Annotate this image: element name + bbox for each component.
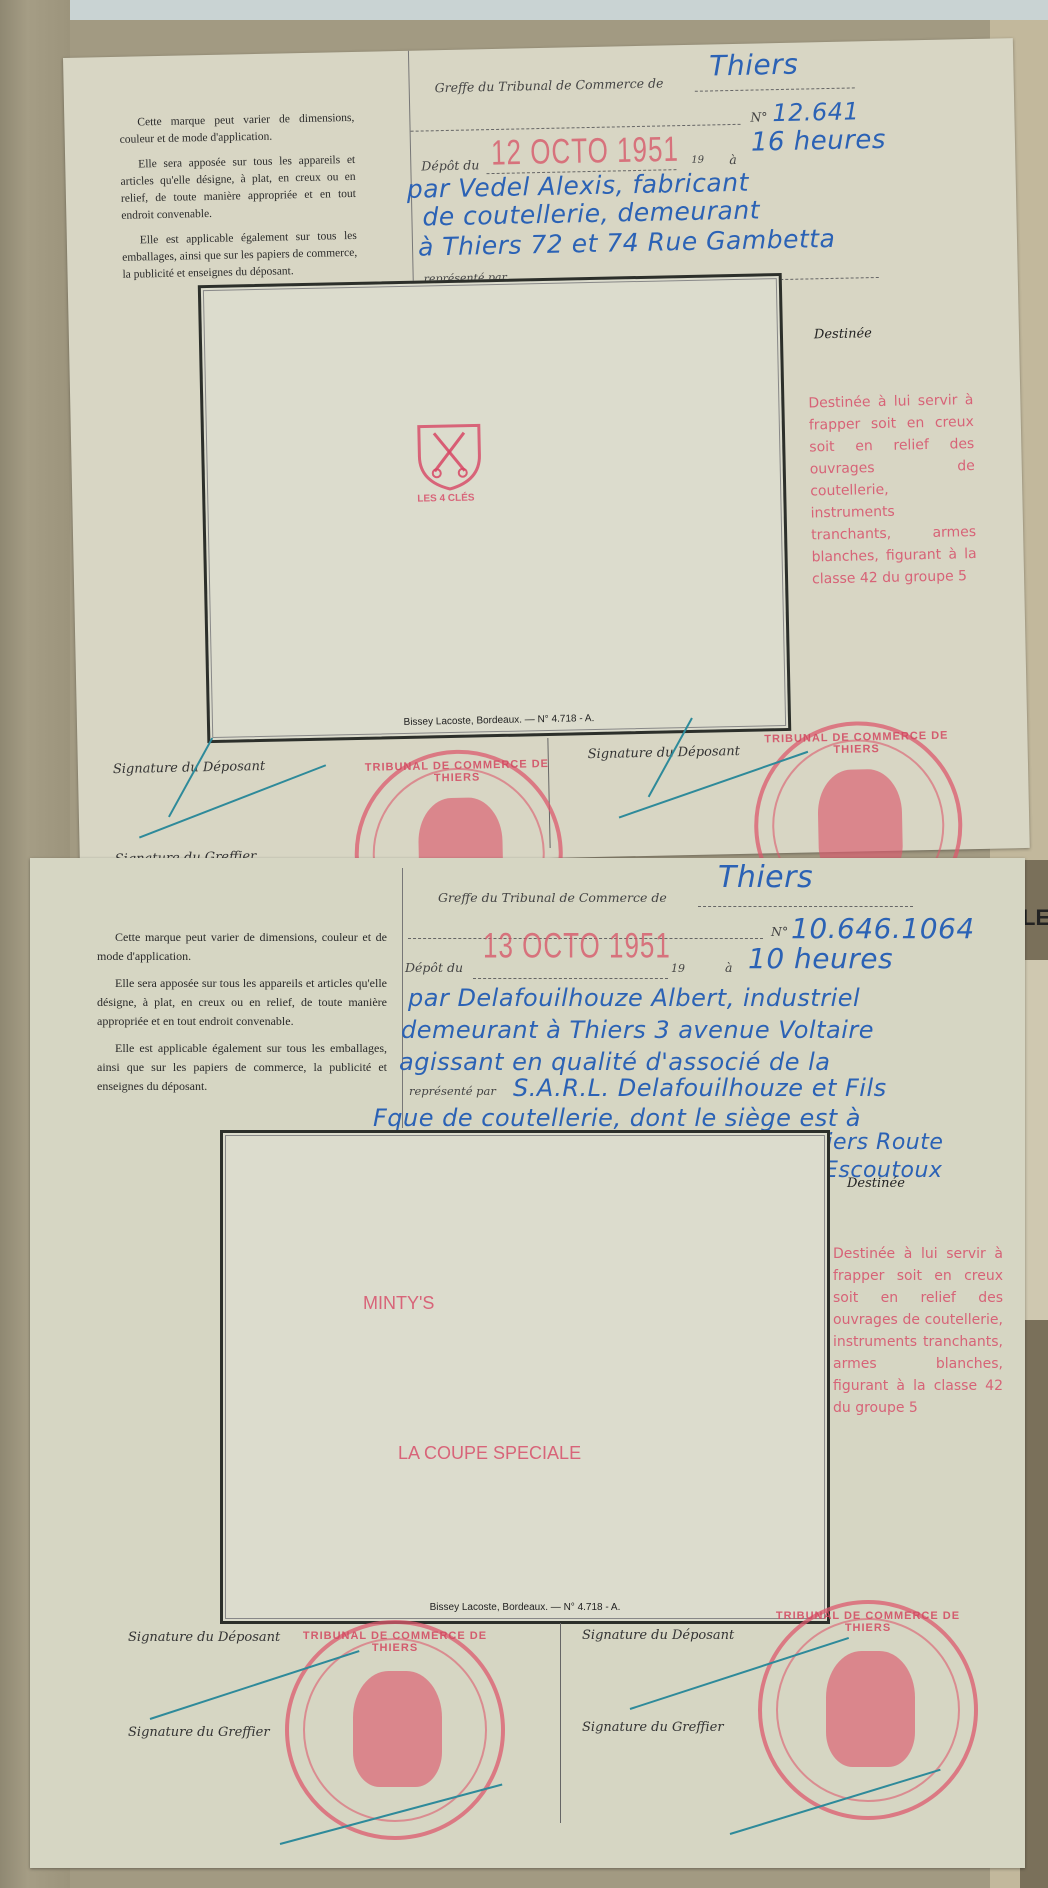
greffe-line (698, 906, 913, 907)
mark-text-top: MINTY'S (363, 1293, 434, 1314)
represente-label: représenté par (409, 1084, 496, 1098)
greffe-line (695, 87, 855, 91)
signature-deposant-label: Signature du Déposant (588, 744, 741, 762)
greffe-label: Greffe du Tribunal de Commerce de (435, 75, 664, 95)
greffe-value: Thiers (709, 48, 799, 83)
trademark-form-1: Cette marque peut varier de dimensions, … (63, 38, 1030, 868)
destinee-text: Destinée à lui servir à frapper soit en … (833, 1243, 1003, 1419)
depot-line (473, 978, 668, 979)
court-seal: TRIBUNAL DE COMMERCE DE THIERS (285, 1620, 505, 1840)
greffe-label: Greffe du Tribunal de Commerce de (438, 890, 667, 905)
printer-imprint: Bissey Lacoste, Bordeaux. — N° 4.718 - A… (223, 1602, 827, 1613)
background-top (0, 0, 1048, 20)
heure-value: 10 heures (748, 942, 893, 975)
handwritten-line: agissant en qualité d'associé de la (399, 1048, 830, 1076)
destinee-title: Destinée (847, 1176, 905, 1191)
seal-emblem-icon (826, 1651, 915, 1768)
a-label: à (729, 152, 737, 167)
year-label: 19 (671, 962, 685, 975)
printer-imprint: Bissey Lacoste, Bordeaux. — N° 4.718 - A… (210, 709, 788, 732)
notice-paragraph: Elle sera apposée sur tous les appareils… (97, 974, 387, 1031)
crossed-keys-icon (414, 420, 485, 491)
date-stamp: 13 OCTO 1951 (483, 925, 671, 967)
notice-paragraph: Elle est applicable également sur tous l… (97, 1039, 387, 1096)
notice-paragraph: Elle est applicable également sur tous l… (122, 228, 358, 284)
handwritten-line: par Delafouilhouze Albert, industriel (408, 984, 860, 1012)
signature-divider (560, 1623, 561, 1823)
notice-paragraph: Elle sera apposée sur tous les appareils… (120, 152, 356, 225)
trademark-box: LES 4 CLÉS Bissey Lacoste, Bordeaux. — N… (198, 273, 791, 743)
numero-value: 10.646.1064 (791, 912, 975, 945)
adjacent-page-heading: LE (1022, 905, 1048, 931)
greffe-value: Thiers (718, 860, 813, 895)
notice-paragraph: Cette marque peut varier de dimensions, … (119, 110, 355, 149)
signature-deposant (168, 738, 213, 818)
court-seal: TRIBUNAL DE COMMERCE DE THIERS (758, 1600, 978, 1820)
signature-greffier-label: Signature du Greffier (128, 1725, 270, 1740)
numero-value: 12.641 (772, 97, 860, 127)
notice-text: Cette marque peut varier de dimensions, … (97, 928, 387, 1104)
depot-label: Dépôt du (421, 157, 479, 173)
mark-text-bottom: LA COUPE SPECIALE (398, 1443, 581, 1464)
heure-value: 16 heures (751, 125, 887, 158)
date-stamp: 12 OCTO 1951 (491, 128, 680, 174)
signature-deposant-label: Signature du Déposant (128, 1630, 280, 1645)
destinee-title: Destinée (814, 326, 872, 342)
notice-text: Cette marque peut varier de dimensions, … (119, 110, 358, 292)
notice-paragraph: Cette marque peut varier de dimensions, … (97, 928, 387, 966)
depot-label: Dépôt du (405, 960, 463, 975)
handwritten-line: S.A.R.L. Delafouilhouze et Fils (513, 1074, 887, 1102)
registry-header: Greffe du Tribunal de Commerce de Thiers… (408, 39, 974, 281)
registry-header: Greffe du Tribunal de Commerce de Thiers… (402, 868, 993, 1128)
destinee-text: Destinée à lui servir à frapper soit en … (808, 389, 977, 590)
handwritten-line: demeurant à Thiers 3 avenue Voltaire (401, 1016, 874, 1044)
numero-label: N° (750, 109, 767, 124)
seal-emblem-icon (353, 1671, 442, 1788)
handwritten-line: Fque de coutellerie, dont le siège est à (373, 1104, 861, 1132)
signature-greffier-label: Signature du Greffier (582, 1720, 724, 1735)
trademark-box: MINTY'S LA COUPE SPECIALE Bissey Lacoste… (220, 1130, 830, 1624)
mark-text: LES 4 CLÉS (417, 492, 474, 504)
signature-deposant-label: Signature du Déposant (582, 1628, 734, 1643)
a-label: à (725, 960, 732, 975)
trademark-form-2: Cette marque peut varier de dimensions, … (30, 858, 1025, 1868)
numero-label: N° (771, 924, 788, 939)
signature-deposant-label: Signature du Déposant (113, 759, 266, 777)
year-label: 19 (691, 155, 704, 166)
